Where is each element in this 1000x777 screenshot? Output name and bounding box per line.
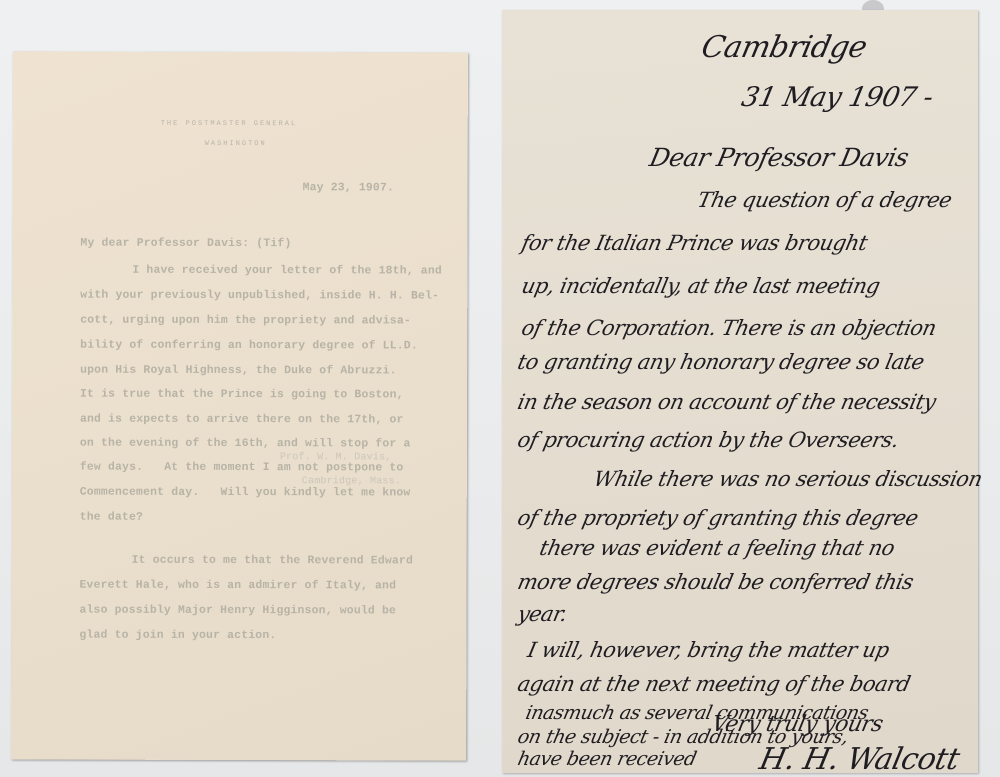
handwritten-letter-sheet: Cambridge 31 May 1907 - Dear Professor D…: [502, 10, 978, 773]
hand-line: of procuring action by the Overseers.: [515, 428, 901, 452]
typed-line: few days. At the moment I am not postpon…: [80, 462, 404, 475]
typed-line: cott, urging upon him the propriety and …: [80, 315, 411, 328]
hand-line: up, incidentally, at the last meeting: [519, 274, 882, 298]
hand-salutation: Dear Professor Davis: [647, 143, 911, 172]
hand-line: for the Italian Prince was brought: [519, 231, 869, 255]
typed-line: bility of conferring an honorary degree …: [80, 340, 418, 353]
hand-line: While there was no serious discussion: [591, 467, 984, 491]
hand-line: The question of a degree: [695, 188, 953, 212]
typed-line: upon His Royal Highness, the Duke of Abr…: [80, 365, 397, 378]
typed-salutation: My dear Professor Davis: (Tif): [80, 238, 291, 251]
typed-line: Commencement day. Will you kindly let me…: [80, 487, 411, 500]
typed-line: and is expects to arrive there on the 17…: [80, 414, 404, 427]
typed-line: glad to join in your action.: [79, 630, 276, 643]
hand-place: Cambridge: [698, 30, 870, 65]
letterhead-line-2: WASHINGTON: [205, 140, 267, 148]
hand-line: have been received: [516, 748, 699, 770]
hand-line: in the season on account of the necessit…: [515, 390, 938, 414]
typed-line: the date?: [80, 512, 143, 524]
typed-line: with your previously unpublished, inside…: [80, 290, 439, 303]
hand-line: to granting any honorary degree so late: [515, 350, 926, 374]
hand-line: there was evident a feeling that no: [537, 536, 896, 560]
hand-line: I will, however, bring the matter up: [525, 638, 891, 662]
hand-closing: Very truly yours: [709, 712, 885, 737]
typed-letter-sheet: THE POSTMASTER GENERAL WASHINGTON May 23…: [11, 51, 468, 760]
address-stamp-line-2: Cambridge, Mass.: [302, 476, 401, 487]
hand-line: more degrees should be conferred this: [515, 570, 915, 594]
typed-line: It occurs to me that the Reverend Edward: [132, 555, 413, 568]
letterhead-line-1: THE POSTMASTER GENERAL: [161, 120, 297, 128]
typed-date: May 23, 1907.: [303, 182, 394, 194]
typed-line: I have received your letter of the 18th,…: [132, 265, 442, 278]
hand-signature: H. H. Walcott: [756, 742, 962, 777]
hand-line: of the Corporation. There is an objectio…: [519, 316, 938, 340]
hand-line: year.: [515, 602, 569, 626]
hand-line: of the propriety of granting this degree: [515, 506, 920, 530]
typed-line: also possibly Major Henry Higginson, wou…: [79, 605, 396, 618]
hand-line: again at the next meeting of the board: [515, 672, 912, 696]
typed-line: It is true that the Prince is going to B…: [80, 389, 404, 402]
hand-date: 31 May 1907 -: [739, 82, 936, 113]
typed-line: Everett Hale, who is an admirer of Italy…: [80, 580, 397, 593]
typed-line: on the evening of the 16th, and will sto…: [80, 438, 411, 451]
